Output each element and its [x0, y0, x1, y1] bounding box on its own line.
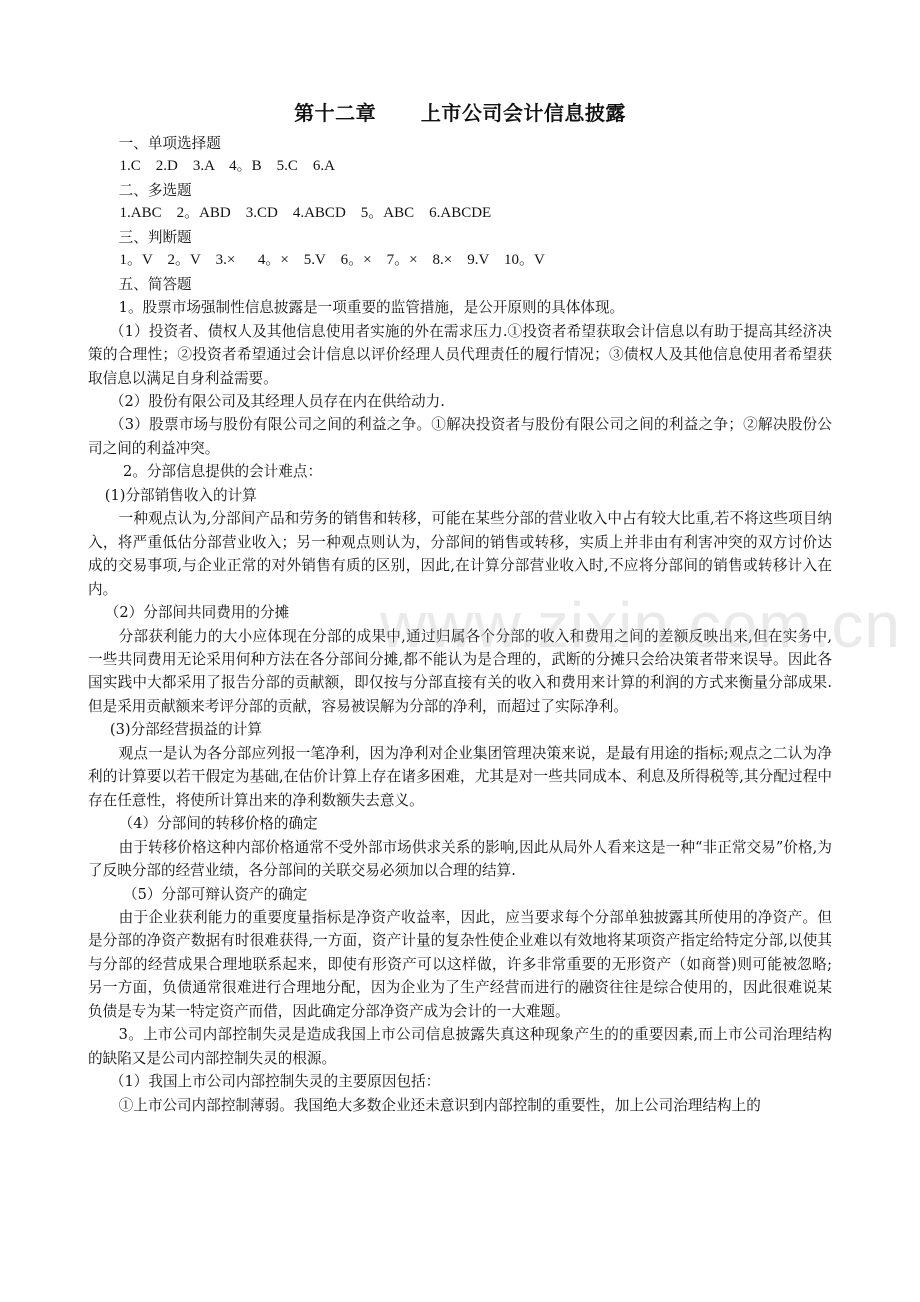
- paragraph: （1）投资者、债权人及其他信息使用者实施的外在需求压力.①投资者希望获取会计信息…: [88, 320, 832, 390]
- paragraph: 由于转移价格这种内部价格通常不受外部市场供求关系的影响,因此从局外人看来这是一种…: [88, 836, 832, 883]
- section-heading-multiple-choice: 二、多选题: [88, 179, 832, 202]
- paragraph: 一种观点认为,分部间产品和劳务的销售和转移，可能在某些分部的营业收入中占有较大比…: [88, 507, 832, 601]
- paragraph: 观点一是认为各分部应列报一笔净利，因为净利对企业集团管理决策来说，是最有用途的指…: [88, 742, 832, 812]
- paragraph: 由于企业获利能力的重要度量指标是净资产收益率，因此，应当要求每个分部单独披露其所…: [88, 906, 832, 1023]
- multiple-choice-answers: 1.ABC 2。ABD 3.CD 4.ABCD 5。ABC 6.ABCDE: [88, 202, 832, 225]
- paragraph: 2。分部信息提供的会计难点：: [88, 460, 832, 483]
- subheading: （5）分部可辩认资产的确定: [88, 883, 832, 906]
- paragraph: （2）股份有限公司及其经理人员存在内在供给动力.: [88, 390, 832, 413]
- paragraph: （3）股票市场与股份有限公司之间的利益之争。①解决投资者与股份有限公司之间的利益…: [88, 413, 832, 460]
- section-heading-true-false: 三、判断题: [88, 226, 832, 249]
- section-heading-single-choice: 一、单项选择题: [88, 132, 832, 155]
- paragraph: 分部获利能力的大小应体现在分部的成果中,通过归属各个分部的收入和费用之间的差额反…: [88, 625, 832, 719]
- section-heading-short-answer: 五、简答题: [88, 273, 832, 296]
- paragraph: 3。上市公司内部控制失灵是造成我国上市公司信息披露失真这种现象产生的的重要因素,…: [88, 1023, 832, 1070]
- document-page: 第十二章 上市公司会计信息披露 一、单项选择题 1.C 2.D 3.A 4。B …: [88, 98, 832, 1117]
- subheading: （4）分部间的转移价格的确定: [88, 812, 832, 835]
- subheading: (3)分部经营损益的计算: [88, 718, 832, 741]
- subheading: （2）分部间共同费用的分摊: [88, 601, 832, 624]
- subheading: （1）我国上市公司内部控制失灵的主要原因包括：: [88, 1070, 832, 1093]
- chapter-title: 第十二章 上市公司会计信息披露: [88, 98, 832, 128]
- subheading: (1)分部销售收入的计算: [88, 484, 832, 507]
- single-choice-answers: 1.C 2.D 3.A 4。B 5.C 6.A: [88, 155, 832, 178]
- paragraph: 1。股票市场强制性信息披露是一项重要的监管措施，是公开原则的具体体现。: [88, 296, 832, 319]
- paragraph: ①上市公司内部控制薄弱。我国绝大多数企业还未意识到内部控制的重要性，加上公司治理…: [88, 1094, 832, 1117]
- true-false-answers: 1。V 2。V 3.× 4。× 5.V 6。× 7。× 8.× 9.V 10。V: [88, 249, 832, 272]
